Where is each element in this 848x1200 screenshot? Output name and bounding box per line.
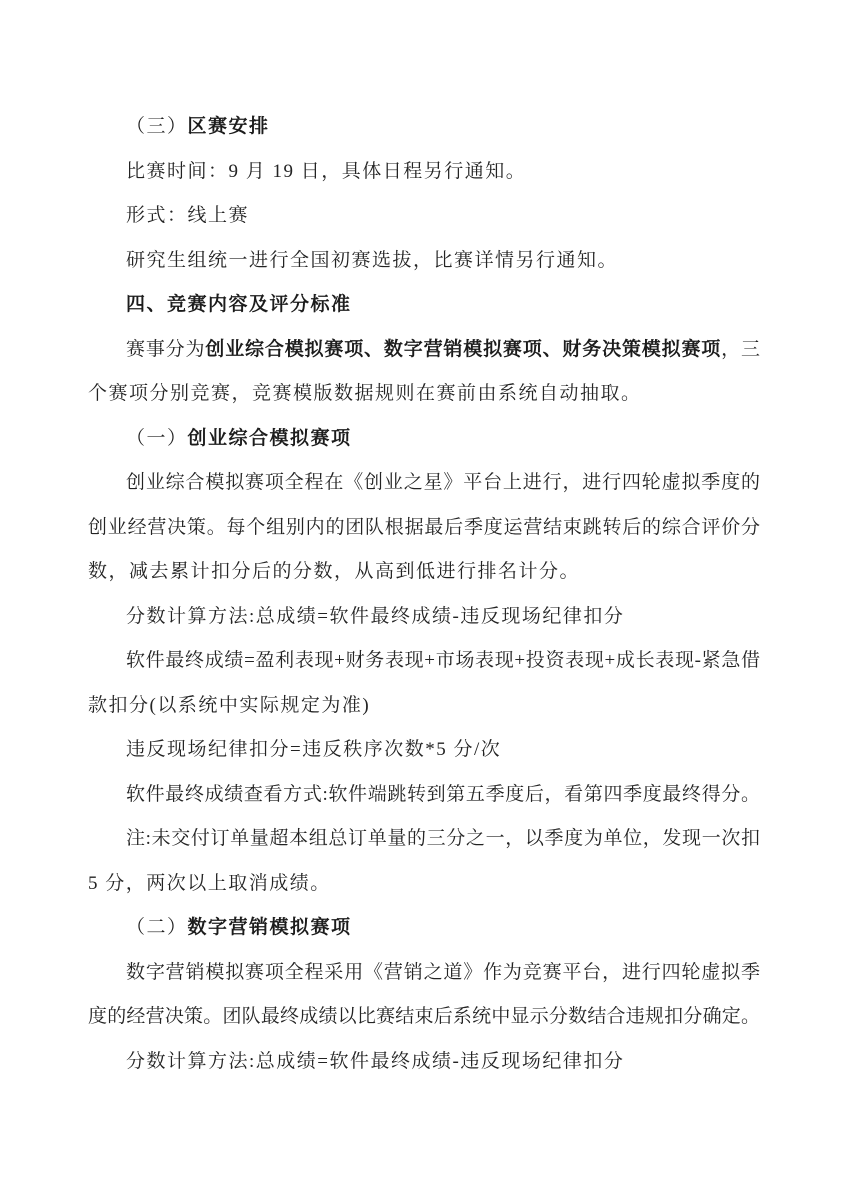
text-line: 5 分，两次以上取消成绩。 [88,862,760,907]
text-segment: 5 分，两次以上取消成绩。 [88,873,331,894]
text-line: 违反现场纪律扣分=违反秩序次数*5 分/次 [88,728,760,773]
text-segment: 赛事分为 [126,339,205,360]
document-body: （三）区赛安排比赛时间：9 月 19 日，具体日程另行通知。形式：线上赛研究生组… [88,105,760,1084]
paragraph-software-final-score: 软件最终成绩=盈利表现+财务表现+市场表现+投资表现+成长表现-紧急借款扣分(以… [88,639,760,728]
bold-text-segment: 创业综合模拟赛项、数字营销模拟赛项、财务决策模拟赛项 [205,339,721,360]
text-line: 分数计算方法:总成绩=软件最终成绩-违反现场纪律扣分 [88,595,760,640]
text-line: （二）数字营销模拟赛项 [88,906,760,951]
heading-section-4: 四、竞赛内容及评分标准 [88,283,760,328]
text-line: （一）创业综合模拟赛项 [88,417,760,462]
text-segment: 软件最终成绩查看方式:软件端跳转到第五季度后，看第四季度最终得分。 [126,784,760,805]
bold-text-segment: 四、竞赛内容及评分标准 [126,294,352,315]
text-segment: （二） [126,917,188,938]
text-segment: 款扣分(以系统中实际规定为准) [88,695,370,716]
paragraph-startup-sim-intro: 创业综合模拟赛项全程在《创业之星》平台上进行，进行四轮虚拟季度的创业经营决策。每… [88,461,760,595]
text-line: 创业经营决策。每个组别内的团队根据最后季度运营结束跳转后的综合评价分 [88,506,760,551]
text-line: 创业综合模拟赛项全程在《创业之星》平台上进行，进行四轮虚拟季度的 [88,461,760,506]
text-segment: 违反现场纪律扣分=违反秩序次数*5 分/次 [126,739,501,760]
paragraph-discipline-deduction: 违反现场纪律扣分=违反秩序次数*5 分/次 [88,728,760,773]
text-segment: 研究生组统一进行全国初赛选拔，比赛详情另行通知。 [126,250,618,271]
text-line: 软件最终成绩查看方式:软件端跳转到第五季度后，看第四季度最终得分。 [88,773,760,818]
text-line: 度的经营决策。团队最终成绩以比赛结束后系统中显示分数结合违规扣分确定。 [88,995,760,1040]
text-line: 款扣分(以系统中实际规定为准) [88,684,760,729]
heading-subsection-1: （一）创业综合模拟赛项 [88,417,760,462]
bold-text-segment: 创业综合模拟赛项 [188,428,352,449]
text-segment: 数，减去累计扣分后的分数，从高到低进行排名计分。 [88,561,580,582]
paragraph-note: 注:未交付订单量超本组总订单量的三分之一，以季度为单位，发现一次扣5 分，两次以… [88,817,760,906]
paragraph-event-division: 赛事分为创业综合模拟赛项、数字营销模拟赛项、财务决策模拟赛项，三个赛项分别竞赛，… [88,328,760,417]
text-segment: 比赛时间：9 月 19 日，具体日程另行通知。 [126,161,526,182]
text-segment: 个赛项分别竞赛，竞赛模版数据规则在赛前由系统自动抽取。 [88,383,642,404]
paragraph-graduate-group: 研究生组统一进行全国初赛选拔，比赛详情另行通知。 [88,239,760,284]
text-segment: 创业综合模拟赛项全程在《创业之星》平台上进行，进行四轮虚拟季度的 [126,472,760,493]
bold-text-segment: 数字营销模拟赛项 [188,917,352,938]
paragraph-digital-marketing-intro: 数字营销模拟赛项全程采用《营销之道》作为竞赛平台，进行四轮虚拟季度的经营决策。团… [88,951,760,1040]
paragraph-score-view-method: 软件最终成绩查看方式:软件端跳转到第五季度后，看第四季度最终得分。 [88,773,760,818]
text-line: 赛事分为创业综合模拟赛项、数字营销模拟赛项、财务决策模拟赛项，三 [88,328,760,373]
paragraph-competition-time: 比赛时间：9 月 19 日，具体日程另行通知。 [88,150,760,195]
text-segment: 分数计算方法:总成绩=软件最终成绩-违反现场纪律扣分 [126,606,624,627]
text-segment: 度的经营决策。团队最终成绩以比赛结束后系统中显示分数结合违规扣分确定。 [88,1006,760,1027]
paragraph-format: 形式：线上赛 [88,194,760,239]
heading-subsection-2: （二）数字营销模拟赛项 [88,906,760,951]
text-line: 数字营销模拟赛项全程采用《营销之道》作为竞赛平台，进行四轮虚拟季 [88,951,760,996]
text-line: 比赛时间：9 月 19 日，具体日程另行通知。 [88,150,760,195]
text-segment: 创业经营决策。每个组别内的团队根据最后季度运营结束跳转后的综合评价分 [88,517,760,538]
text-segment: （一） [126,428,188,449]
text-line: 四、竞赛内容及评分标准 [88,283,760,328]
text-line: 数，减去累计扣分后的分数，从高到低进行排名计分。 [88,550,760,595]
text-segment: 分数计算方法:总成绩=软件最终成绩-违反现场纪律扣分 [126,1051,624,1072]
text-line: 分数计算方法:总成绩=软件最终成绩-违反现场纪律扣分 [88,1040,760,1085]
text-line: 研究生组统一进行全国初赛选拔，比赛详情另行通知。 [88,239,760,284]
paragraph-score-method-1: 分数计算方法:总成绩=软件最终成绩-违反现场纪律扣分 [88,595,760,640]
bold-text-segment: 区赛安排 [188,116,270,137]
text-line: 软件最终成绩=盈利表现+财务表现+市场表现+投资表现+成长表现-紧急借 [88,639,760,684]
document-page: （三）区赛安排比赛时间：9 月 19 日，具体日程另行通知。形式：线上赛研究生组… [0,0,848,1200]
text-line: 形式：线上赛 [88,194,760,239]
text-segment: 注:未交付订单量超本组总订单量的三分之一，以季度为单位，发现一次扣 [126,828,760,849]
text-segment: ，三 [721,339,760,360]
heading-section-3: （三）区赛安排 [88,105,760,150]
text-segment: 软件最终成绩=盈利表现+财务表现+市场表现+投资表现+成长表现-紧急借 [126,650,760,671]
text-line: 个赛项分别竞赛，竞赛模版数据规则在赛前由系统自动抽取。 [88,372,760,417]
text-line: 注:未交付订单量超本组总订单量的三分之一，以季度为单位，发现一次扣 [88,817,760,862]
text-segment: 数字营销模拟赛项全程采用《营销之道》作为竞赛平台，进行四轮虚拟季 [126,962,760,983]
text-line: （三）区赛安排 [88,105,760,150]
paragraph-score-method-2: 分数计算方法:总成绩=软件最终成绩-违反现场纪律扣分 [88,1040,760,1085]
text-segment: （三） [126,116,188,137]
text-segment: 形式：线上赛 [126,205,249,226]
